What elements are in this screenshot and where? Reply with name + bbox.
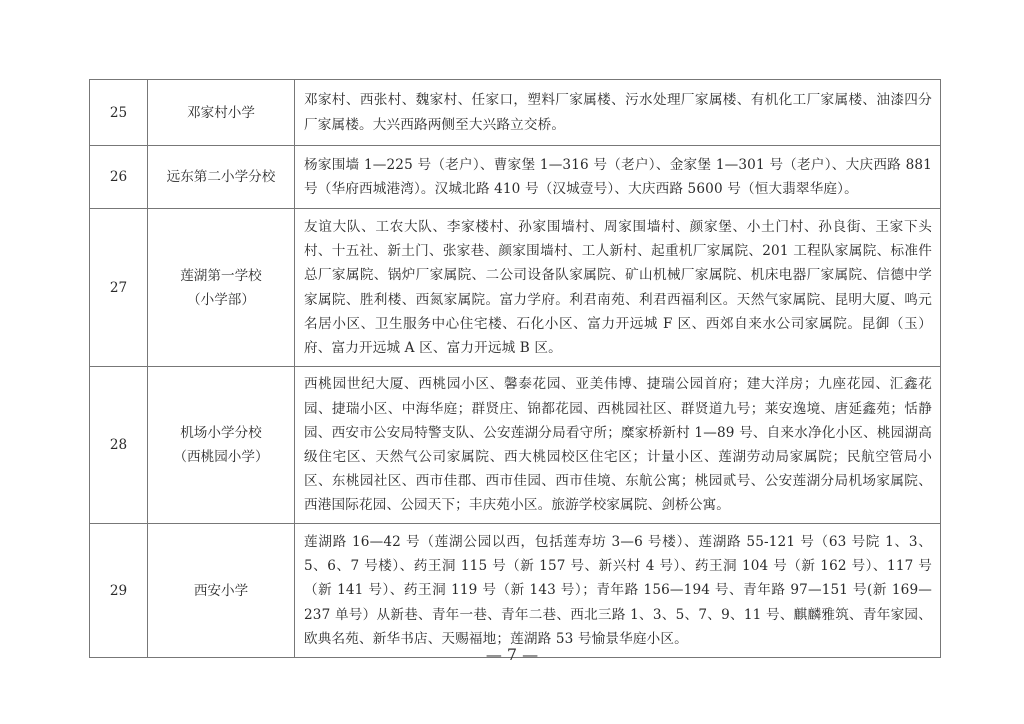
school-name-line: 西安小学 [149,579,293,603]
table-row: 29 西安小学 莲湖路 16—42 号（莲湖公园以西，包括莲寿坊 3—6 号楼）… [90,524,941,658]
row-number: 28 [90,367,148,524]
school-name-subline: （西桃园小学） [149,445,293,469]
row-number: 27 [90,209,148,367]
school-name-line: 邓家村小学 [149,101,293,125]
school-name: 远东第二小学分校 [148,146,295,209]
table-row: 25 邓家村小学 邓家村、西张村、魏家村、任家口，塑料厂家属楼、污水处理厂家属楼… [90,80,941,146]
row-number: 26 [90,146,148,209]
table-row: 26 远东第二小学分校 杨家围墙 1—225 号（老户）、曹家堡 1—316 号… [90,146,941,209]
table-row: 28 机场小学分校 （西桃园小学） 西桃园世纪大厦、西桃园小区、馨泰花园、亚美伟… [90,367,941,524]
school-name-line: 机场小学分校 [149,421,293,445]
school-name: 邓家村小学 [148,80,295,146]
district-area: 西桃园世纪大厦、西桃园小区、馨泰花园、亚美伟博、捷瑞公园首府；建大洋房；九座花园… [295,367,941,524]
school-name-line: 远东第二小学分校 [149,165,293,189]
district-area: 邓家村、西张村、魏家村、任家口，塑料厂家属楼、污水处理厂家属楼、有机化工厂家属楼… [295,80,941,146]
school-district-table: 25 邓家村小学 邓家村、西张村、魏家村、任家口，塑料厂家属楼、污水处理厂家属楼… [89,79,941,658]
school-name-line: 莲湖第一学校 [149,264,293,288]
district-area: 杨家围墙 1—225 号（老户）、曹家堡 1—316 号（老户）、金家堡 1—3… [295,146,941,209]
school-name: 西安小学 [148,524,295,658]
row-number: 29 [90,524,148,658]
school-name: 机场小学分校 （西桃园小学） [148,367,295,524]
row-number: 25 [90,80,148,146]
district-area: 莲湖路 16—42 号（莲湖公园以西，包括莲寿坊 3—6 号楼）、莲湖路 55-… [295,524,941,658]
school-name-subline: （小学部） [149,288,293,312]
district-area: 友谊大队、工农大队、李家楼村、孙家围墙村、周家围墙村、颜家堡、小土门村、孙良街、… [295,209,941,367]
table-row: 27 莲湖第一学校 （小学部） 友谊大队、工农大队、李家楼村、孙家围墙村、周家围… [90,209,941,367]
page-number: — 7 — [0,645,1024,664]
school-name: 莲湖第一学校 （小学部） [148,209,295,367]
